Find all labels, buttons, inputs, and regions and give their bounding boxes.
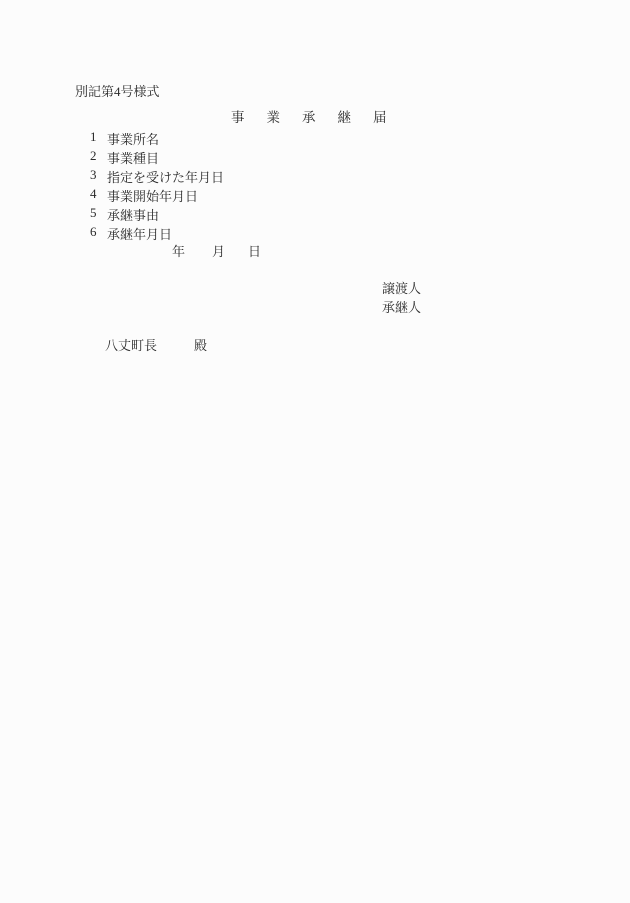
list-item: 3 指定を受けた年月日 bbox=[0, 167, 630, 183]
list-item: 6 承継年月日 bbox=[0, 224, 630, 240]
list-item: 4 事業開始年月日 bbox=[0, 186, 630, 202]
item-label: 事業所名 bbox=[107, 129, 159, 148]
item-number: 5 bbox=[90, 205, 97, 221]
addressee-line: 八丈町長 殿 bbox=[0, 335, 630, 351]
item-label: 指定を受けた年月日 bbox=[107, 167, 224, 186]
document-page: 別記第4号様式 事業承継届 1 事業所名 2 事業種目 3 指定を受けた年月日 … bbox=[0, 0, 630, 903]
year-label: 年 bbox=[172, 241, 185, 260]
item-number: 4 bbox=[90, 186, 97, 202]
item-label: 事業種目 bbox=[107, 148, 159, 167]
date-line: 年 月 日 bbox=[0, 241, 630, 257]
form-number-label: 別記第4号様式 bbox=[75, 81, 160, 100]
list-item: 5 承継事由 bbox=[0, 205, 630, 221]
item-label: 承継事由 bbox=[107, 205, 159, 224]
item-label: 事業開始年月日 bbox=[107, 186, 198, 205]
day-label: 日 bbox=[248, 241, 261, 260]
month-label: 月 bbox=[212, 241, 225, 260]
item-number: 1 bbox=[90, 129, 97, 145]
addressee-name: 八丈町長 bbox=[105, 335, 157, 354]
item-number: 3 bbox=[90, 167, 97, 183]
transferor-label: 譲渡人 bbox=[382, 278, 421, 297]
addressee-honorific: 殿 bbox=[194, 335, 207, 354]
list-item: 1 事業所名 bbox=[0, 129, 630, 145]
list-item: 2 事業種目 bbox=[0, 148, 630, 164]
item-number: 6 bbox=[90, 224, 97, 240]
document-title: 事業承継届 bbox=[231, 106, 409, 126]
successor-label: 承継人 bbox=[382, 297, 421, 316]
item-number: 2 bbox=[90, 148, 97, 164]
